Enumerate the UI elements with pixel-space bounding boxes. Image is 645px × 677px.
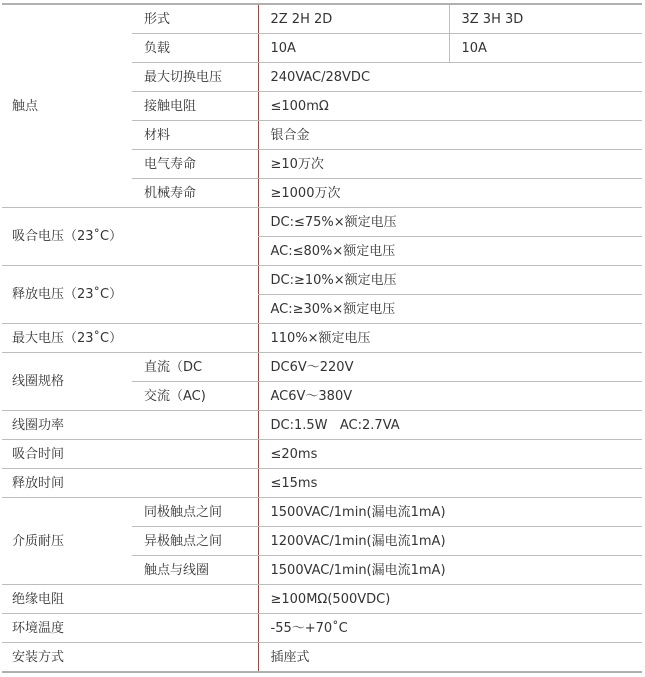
group-label-dielectric: 介质耐压: [2, 498, 132, 585]
table-row: 最大电压（23˚C） 110%×额定电压: [2, 324, 642, 353]
value-cell: ≤100mΩ: [258, 92, 642, 121]
param-label: 直流（DC: [132, 353, 258, 382]
group-label-release-voltage: 释放电压（23˚C）: [2, 266, 258, 324]
value-cell: AC:≥30%×额定电压: [258, 295, 642, 324]
param-label: 交流（AC): [132, 382, 258, 411]
value-cell: 240VAC/28VDC: [258, 63, 642, 92]
table-row: 线圈功率 DC:1.5W AC:2.7VA: [2, 411, 642, 440]
table-row: 释放电压（23˚C） DC:≥10%×额定电压: [2, 266, 642, 295]
value-cell: AC6V～380V: [258, 382, 642, 411]
group-label-pickup-voltage: 吸合电压（23˚C）: [2, 208, 258, 266]
value-cell: -55～+70˚C: [258, 614, 642, 643]
table-row: 触点 形式 2Z 2H 2D 3Z 3H 3D: [2, 4, 642, 34]
value-cell: 2Z 2H 2D: [258, 4, 449, 34]
value-cell: 10A: [258, 34, 449, 63]
table-row: 介质耐压 同极触点之间 1500VAC/1min(漏电流1mA): [2, 498, 642, 527]
relay-spec-table: 触点 形式 2Z 2H 2D 3Z 3H 3D 负载 10A 10A 最大切换电…: [2, 3, 642, 673]
param-label: 负载: [132, 34, 258, 63]
table-row: 吸合电压（23˚C） DC:≤75%×额定电压: [2, 208, 642, 237]
group-label-contact: 触点: [2, 4, 132, 208]
param-label: 吸合时间: [2, 440, 258, 469]
value-cell: DC:≤75%×额定电压: [258, 208, 642, 237]
value-cell: 插座式: [258, 643, 642, 673]
param-label: 绝缘电阻: [2, 585, 258, 614]
table-row: 释放时间 ≤15ms: [2, 469, 642, 498]
value-cell: ≥10万次: [258, 150, 642, 179]
value-cell: DC:1.5W AC:2.7VA: [258, 411, 642, 440]
param-label: 触点与线圈: [132, 556, 258, 585]
value-cell: ≤15ms: [258, 469, 642, 498]
param-label: 安装方式: [2, 643, 258, 673]
param-label: 同极触点之间: [132, 498, 258, 527]
value-cell: ≤20ms: [258, 440, 642, 469]
param-label: 线圈功率: [2, 411, 258, 440]
value-cell: 银合金: [258, 121, 642, 150]
value-cell: 3Z 3H 3D: [449, 4, 642, 34]
value-cell: 1500VAC/1min(漏电流1mA): [258, 556, 642, 585]
param-label: 接触电阻: [132, 92, 258, 121]
param-label: 最大切换电压: [132, 63, 258, 92]
value-cell: DC:≥10%×额定电压: [258, 266, 642, 295]
param-label: 电气寿命: [132, 150, 258, 179]
value-cell: ≥100MΩ(500VDC): [258, 585, 642, 614]
param-label: 异极触点之间: [132, 527, 258, 556]
param-label: 材料: [132, 121, 258, 150]
group-label-coil-spec: 线圈规格: [2, 353, 132, 411]
value-cell: 1500VAC/1min(漏电流1mA): [258, 498, 642, 527]
param-label: 释放时间: [2, 469, 258, 498]
value-cell: ≥1000万次: [258, 179, 642, 208]
param-label: 形式: [132, 4, 258, 34]
table-row: 线圈规格 直流（DC DC6V～220V: [2, 353, 642, 382]
param-label: 机械寿命: [132, 179, 258, 208]
table-row: 吸合时间 ≤20ms: [2, 440, 642, 469]
value-cell: DC6V～220V: [258, 353, 642, 382]
table-row: 安装方式 插座式: [2, 643, 642, 673]
value-cell: AC:≤80%×额定电压: [258, 237, 642, 266]
param-label: 环境温度: [2, 614, 258, 643]
table-row: 绝缘电阻 ≥100MΩ(500VDC): [2, 585, 642, 614]
param-label: 最大电压（23˚C）: [2, 324, 258, 353]
table-row: 环境温度 -55～+70˚C: [2, 614, 642, 643]
value-cell: 1200VAC/1min(漏电流1mA): [258, 527, 642, 556]
value-cell: 110%×额定电压: [258, 324, 642, 353]
value-cell: 10A: [449, 34, 642, 63]
